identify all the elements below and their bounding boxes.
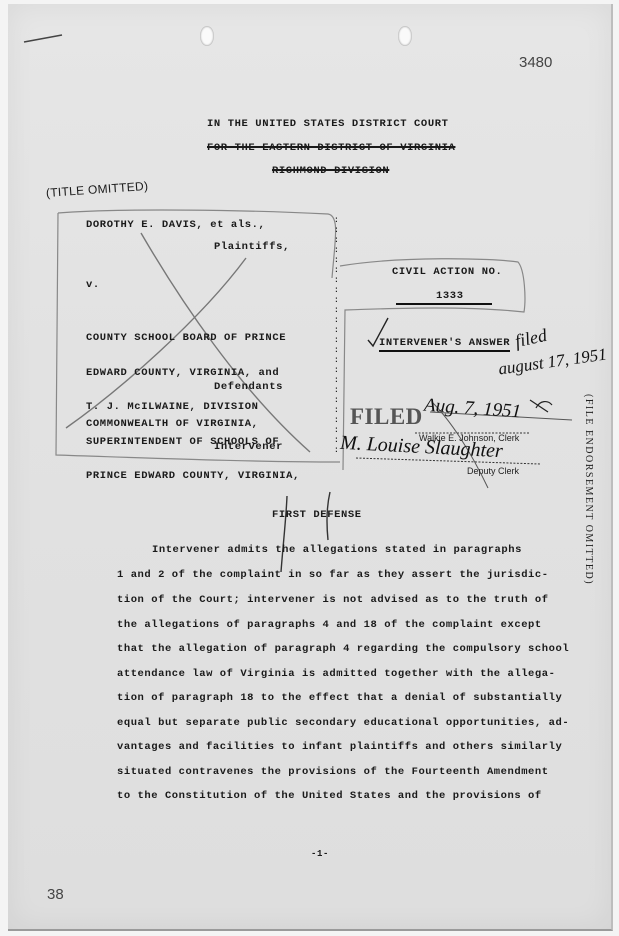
intervener-name: COMMONWEALTH OF VIRGINIA, — [86, 418, 259, 430]
plaintiff-role: Plaintiffs, — [214, 241, 290, 253]
file-endorsement-note: (FILE ENDORSEMENT OMITTED) — [583, 394, 594, 585]
body-line: 1 and 2 of the complaint in so far as th… — [117, 569, 549, 581]
section-heading: FIRST DEFENSE — [272, 509, 362, 521]
civil-action-number: 1333 — [396, 290, 492, 305]
page-number: -1- — [311, 849, 329, 859]
defendants-role: Defendants — [214, 381, 283, 393]
body-line: to the Constitution of the United States… — [117, 790, 542, 802]
defendant-line: EDWARD COUNTY, VIRGINIA, and — [86, 368, 300, 380]
intervener-role: Intervener — [214, 441, 283, 453]
defendant-line: T. J. McILWAINE, DIVISION — [86, 402, 300, 414]
court-header-line1: IN THE UNITED STATES DISTRICT COURT — [207, 118, 449, 130]
court-header-line3: RICHMOND DIVISION — [272, 165, 389, 177]
deputy-clerk-label: Deputy Clerk — [467, 466, 519, 476]
body-line: that the allegation of paragraph 4 regar… — [117, 643, 569, 655]
defendant-line: PRINCE EDWARD COUNTY, VIRGINIA, — [86, 471, 300, 483]
caption-colon-divider: :::::::::::::::::::::::: — [334, 216, 340, 456]
body-line: tion of the Court; intervener is not adv… — [117, 594, 549, 606]
filed-stamp-label: FILED — [350, 404, 423, 430]
versus: v. — [86, 279, 100, 291]
body-line: vantages and facilities to infant plaint… — [117, 741, 562, 753]
archive-page-number: 38 — [47, 886, 64, 903]
court-header-line2: FOR THE EASTERN DISTRICT OF VIRGINIA — [207, 142, 455, 154]
body-line: situated contravenes the provisions of t… — [117, 766, 549, 778]
stamp-number: 3480 — [519, 54, 552, 71]
civil-action-label: CIVIL ACTION NO. — [392, 266, 502, 278]
document-title: INTERVENER'S ANSWER — [379, 337, 510, 352]
body-line: the allegations of paragraphs 4 and 18 o… — [117, 619, 542, 631]
body-line: tion of paragraph 18 to the effect that … — [117, 692, 562, 704]
body-line: Intervener admits the allegations stated… — [152, 544, 522, 556]
body-line: equal but separate public secondary educ… — [117, 717, 569, 729]
body-line: attendance law of Virginia is admitted t… — [117, 668, 555, 680]
defendants-block: COUNTY SCHOOL BOARD OF PRINCE EDWARD COU… — [86, 310, 300, 494]
plaintiff-name: DOROTHY E. DAVIS, et als., — [86, 219, 265, 231]
defendant-line: COUNTY SCHOOL BOARD OF PRINCE — [86, 333, 300, 345]
